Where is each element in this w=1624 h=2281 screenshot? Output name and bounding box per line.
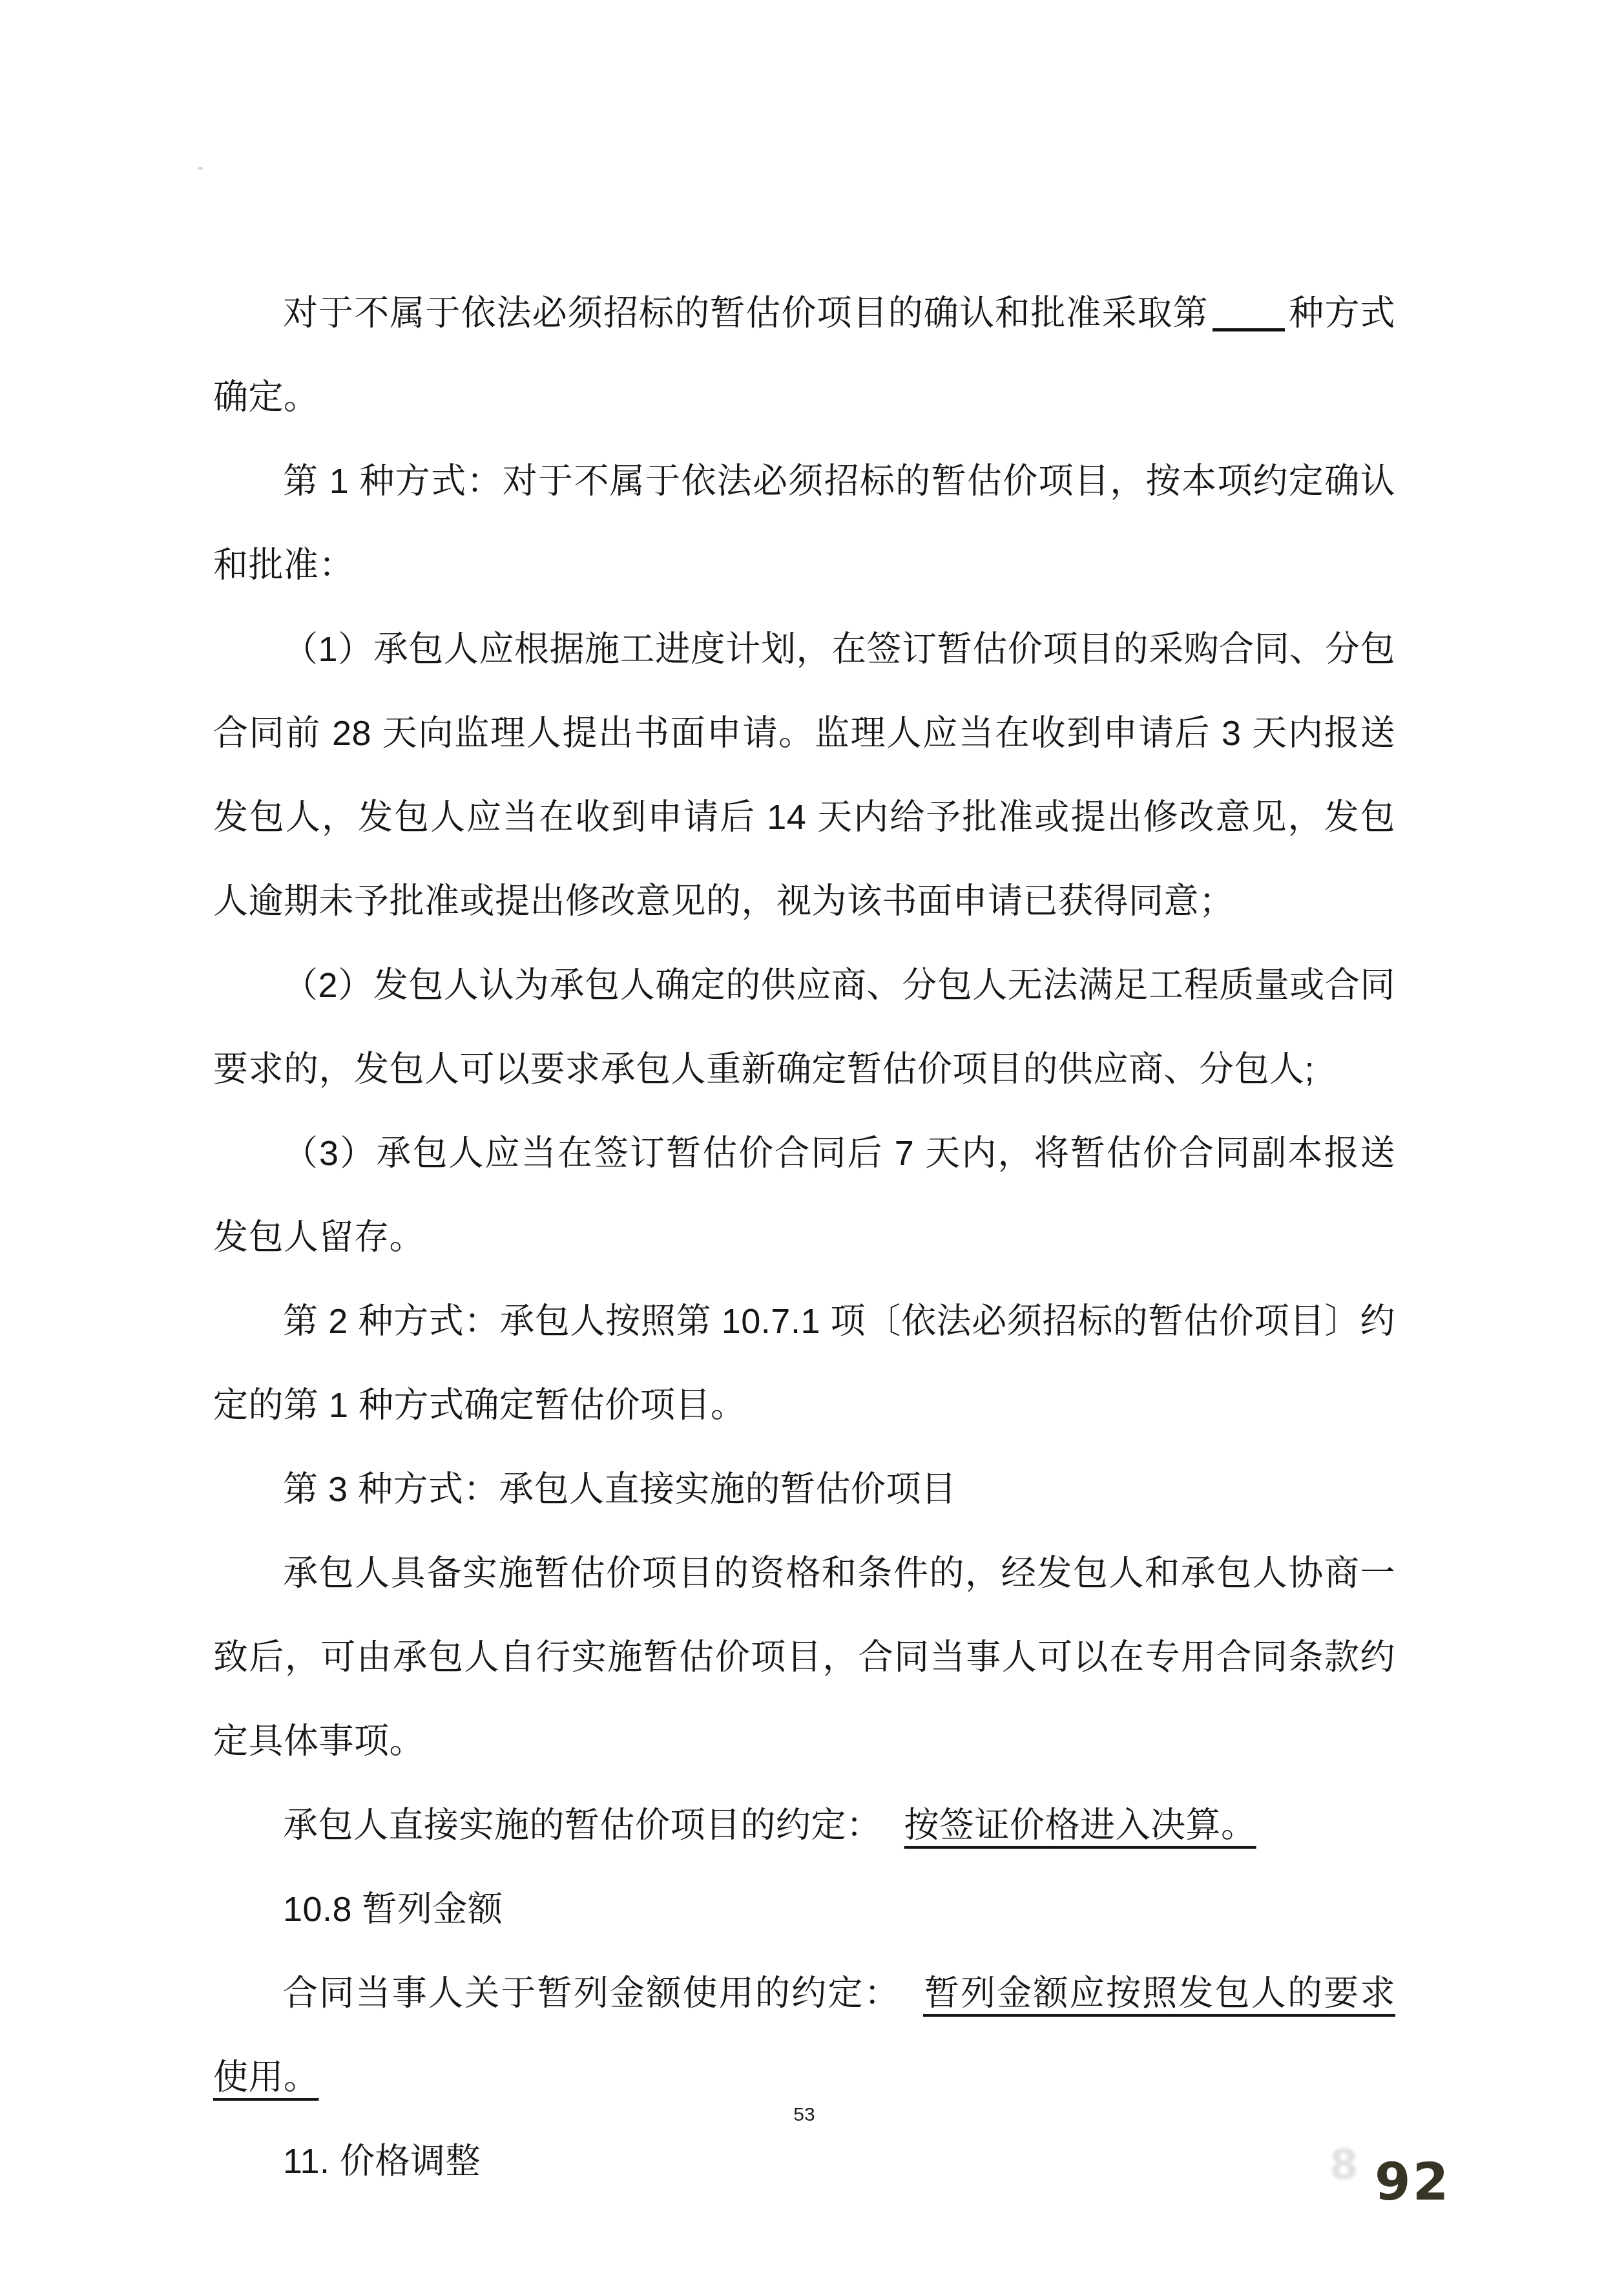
paragraph-provisional-sum-agreement: 合同当事人关于暂列金额使用的约定：暂列金额应按照发包人的要求使用。 [213, 1951, 1395, 2119]
scanned-contract-page: 对于不属于依法必须招标的暂估价项目的确认和批准采取第种方式确定。 第 1 种方式… [0, 0, 1624, 2281]
contract-clause-text: 对于不属于依法必须招标的暂估价项目的确认和批准采取第种方式确定。 第 1 种方式… [213, 271, 1395, 2203]
paragraph-method-2: 第 2 种方式：承包人按照第 10.7.1 项〔依法必须招标的暂估价项目〕约定的… [213, 1279, 1395, 1447]
paragraph-method-3-heading: 第 3 种方式：承包人直接实施的暂估价项目 [213, 1447, 1395, 1531]
paragraph-clause-11-heading: 11. 价格调整 [213, 2119, 1395, 2203]
scan-speck-artifact [198, 167, 203, 170]
paragraph-clause-10-8-heading: 10.8 暂列金额 [213, 1867, 1395, 1951]
clause-text: （2）发包人认为承包人确定的供应商、分包人无法满足工程质量或合同要求的，发包人可… [213, 966, 1395, 1089]
paragraph-method-3-body: 承包人具备实施暂估价项目的资格和条件的，经发包人和承包人协商一致后，可由承包人自… [213, 1531, 1395, 1783]
clause-text: 承包人具备实施暂估价项目的资格和条件的，经发包人和承包人协商一致后，可由承包人自… [213, 1554, 1395, 1761]
clause-text: （3）承包人应当在签订暂估价合同后 7 天内，将暂估价合同副本报送发包人留存。 [213, 1134, 1395, 1257]
paragraph-provisional-price-method-choice: 对于不属于依法必须招标的暂估价项目的确认和批准采取第种方式确定。 [213, 271, 1395, 439]
paragraph-direct-implementation-agreement: 承包人直接实施的暂估价项目的约定：按签证价格进入决算。 [213, 1783, 1395, 1867]
stamp-ghost-artifact: 8 [1329, 2141, 1359, 2189]
paragraph-method-1-item-2: （2）发包人认为承包人确定的供应商、分包人无法满足工程质量或合同要求的，发包人可… [213, 943, 1395, 1111]
clause-label: 承包人直接实施的暂估价项目的约定： [283, 1806, 882, 1845]
paragraph-method-1-heading: 第 1 种方式：对于不属于依法必须招标的暂估价项目，按本项约定确认和批准： [213, 439, 1395, 607]
paragraph-method-1-item-1: （1）承包人应根据施工进度计划，在签订暂估价项目的采购合同、分包合同前 28 天… [213, 607, 1395, 943]
clause-label: 合同当事人关于暂列金额使用的约定： [283, 1974, 900, 2013]
page-stamp-number: 92 [1375, 2152, 1450, 2212]
blank-fill-in-underline [1213, 328, 1285, 331]
clause-text: 第 2 种方式：承包人按照第 10.7.1 项〔依法必须招标的暂估价项目〕约定的… [213, 1302, 1395, 1425]
clause-text: （1）承包人应根据施工进度计划，在签订暂估价项目的采购合同、分包合同前 28 天… [213, 630, 1395, 921]
paragraph-method-1-item-3: （3）承包人应当在签订暂估价合同后 7 天内，将暂估价合同副本报送发包人留存。 [213, 1111, 1395, 1279]
filled-in-value-underlined: 按签证价格进入决算。 [904, 1806, 1256, 1845]
footer-page-number: 53 [213, 2104, 1395, 2126]
clause-text: 第 1 种方式：对于不属于依法必须招标的暂估价项目，按本项约定确认和批准： [213, 462, 1395, 585]
clause-text: 10.8 暂列金额 [283, 1890, 503, 1929]
clause-text: 第 3 种方式：承包人直接实施的暂估价项目 [283, 1470, 957, 1509]
clause-text: 对于不属于依法必须招标的暂估价项目的确认和批准采取第 [283, 294, 1209, 333]
clause-text: 11. 价格调整 [283, 2142, 481, 2181]
